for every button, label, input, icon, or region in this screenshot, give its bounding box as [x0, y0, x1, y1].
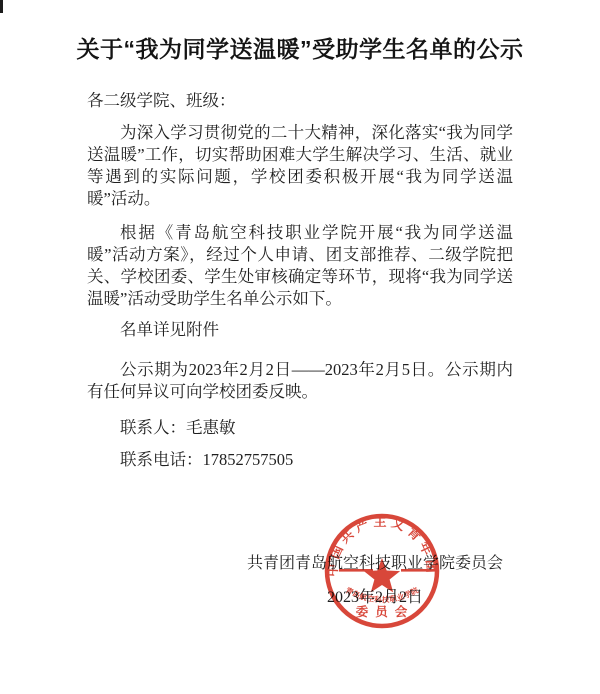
document-body: 各二级学院、班级： 为深入学习贯彻党的二十大精神，深化落实“我为同学送温暖”工作…: [87, 90, 513, 609]
paragraph-attachment-note: 名单详见附件: [87, 319, 513, 341]
paragraph-contact-person: 联系人：毛惠敏: [87, 417, 513, 439]
paragraph-publicity-period: 公示期为2023年2月2日——2023年2月5日。公示期内有任何异议可向学校团委…: [87, 359, 513, 403]
paragraph-contact-phone: 联系电话：17852757505: [87, 449, 513, 471]
paragraph-intro: 为深入学习贯彻党的二十大精神，深化落实“我为同学送温暖”工作，切实帮助困难大学生…: [87, 122, 513, 210]
page-title: 关于“我为同学送温暖”受助学生名单的公示: [40, 34, 560, 64]
signature-organization: 共青团青岛航空科技职业学院委员会: [247, 553, 503, 575]
document-page: 关于“我为同学送温暖”受助学生名单的公示 各二级学院、班级： 为深入学习贯彻党的…: [0, 0, 600, 694]
paragraph-basis: 根据《青岛航空科技职业学院开展“我为同学送温暖”活动方案》，经过个人申请、团支部…: [87, 222, 513, 310]
signature-date: 2023年2月2日: [247, 587, 503, 609]
salutation: 各二级学院、班级：: [87, 90, 513, 112]
scan-corner-artifact: [0, 0, 3, 13]
signature-block: 共青团青岛航空科技职业学院委员会 2023年2月2日: [247, 553, 503, 609]
